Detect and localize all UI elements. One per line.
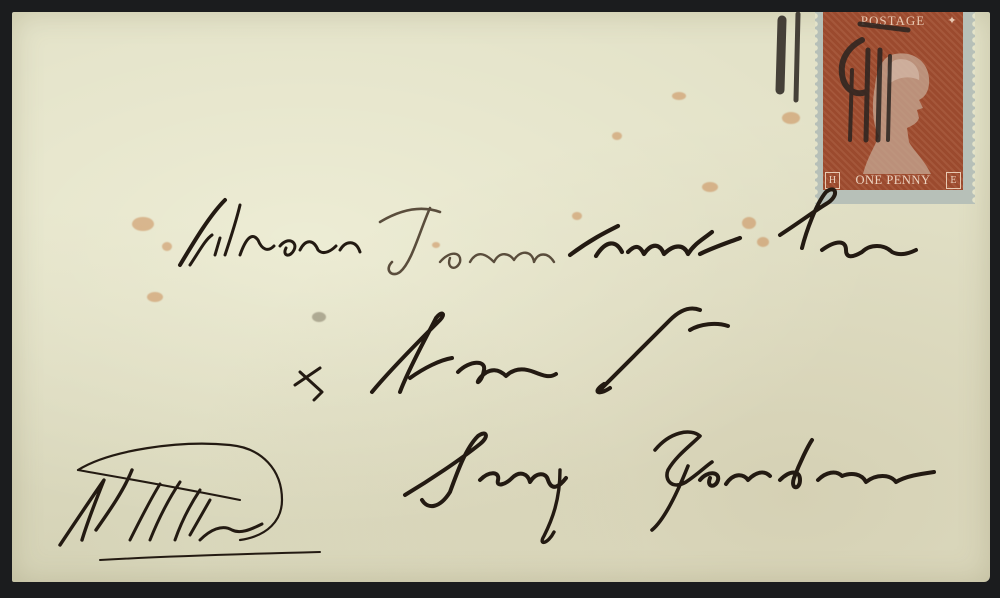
star-icon: ✦ bbox=[945, 14, 959, 28]
foxing-spot bbox=[162, 242, 172, 251]
foxing-spot bbox=[742, 217, 756, 229]
foxing-spot bbox=[147, 292, 163, 302]
foxing-spot bbox=[432, 242, 440, 248]
foxing-spot bbox=[672, 92, 686, 100]
envelope-cover: POSTAGE ✦ H ONE PENNY E bbox=[12, 12, 990, 582]
address-line-3: Spring Gardens bbox=[0, 0, 1, 1]
address-line-1: Villiers Townshend Esq bbox=[0, 0, 1, 1]
postage-stamp: POSTAGE ✦ H ONE PENNY E bbox=[815, 12, 975, 204]
foxing-spot bbox=[572, 212, 582, 220]
foxing-spot bbox=[782, 112, 800, 124]
foxing-spot bbox=[312, 312, 326, 322]
signature: signature with flourish bbox=[0, 0, 1, 1]
stamp-corner-letter-right: E bbox=[946, 172, 961, 189]
foxing-spot bbox=[612, 132, 622, 140]
foxing-spot bbox=[702, 182, 718, 192]
photo-scene: POSTAGE ✦ H ONE PENNY E bbox=[0, 0, 1000, 598]
queen-victoria-profile-icon bbox=[853, 46, 943, 176]
address-line-2: 4 New St bbox=[0, 0, 1, 1]
stamp-top-label: POSTAGE bbox=[823, 12, 963, 30]
stamp-corner-letter-left: H bbox=[825, 172, 840, 189]
stamp-bottom-row: H ONE PENNY E bbox=[823, 170, 963, 190]
foxing-spot bbox=[757, 237, 769, 247]
stamp-value-label: ONE PENNY bbox=[856, 173, 931, 188]
foxing-spot bbox=[132, 217, 154, 231]
stamp-design: POSTAGE ✦ H ONE PENNY E bbox=[823, 12, 963, 190]
